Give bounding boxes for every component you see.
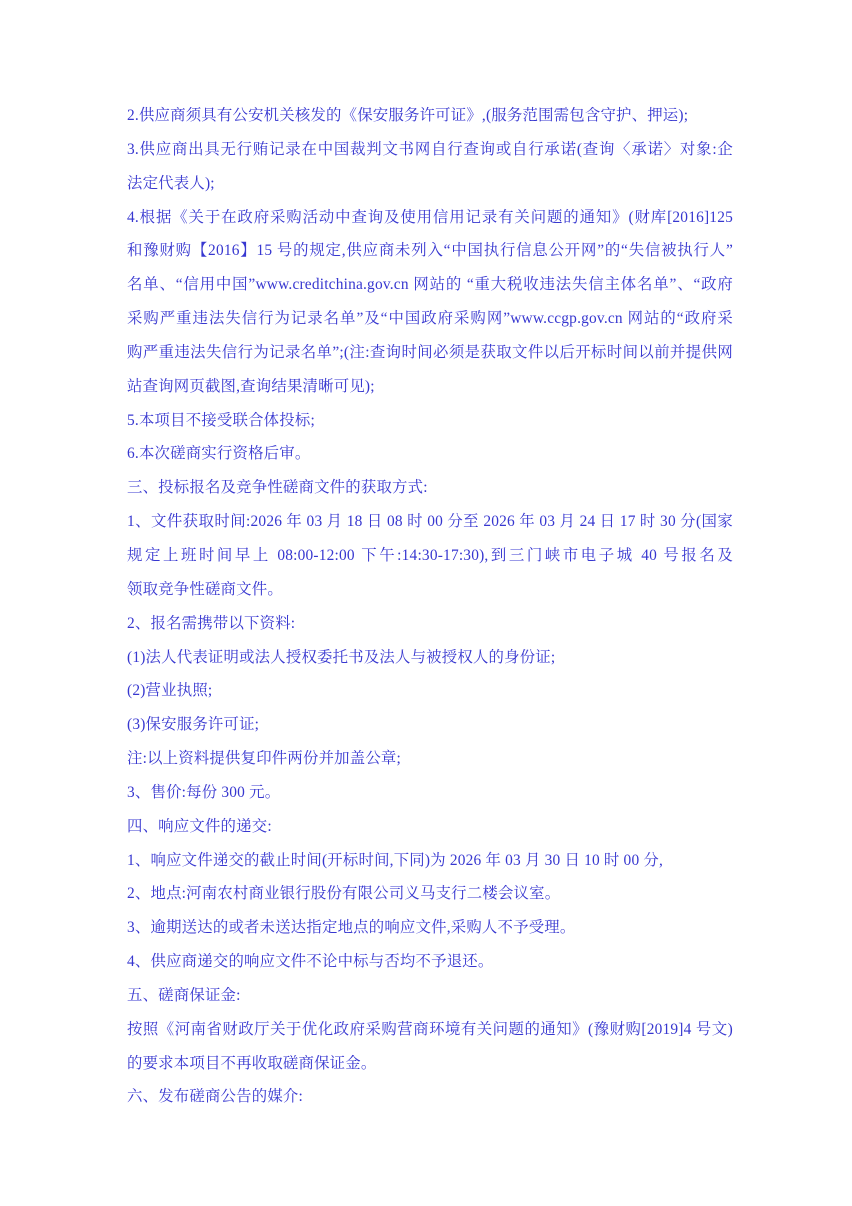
document-line: 购严重违法失信行为记录名单”;(注:查询时间必须是获取文件以后开标时间以前并提供… [127,336,733,370]
document-line: 的要求本项目不再收取磋商保证金。 [127,1047,733,1081]
document-line: 法定代表人); [127,167,733,201]
document-line: 采购严重违法失信行为记录名单”及“中国政府采购网”www.ccgp.gov.cn… [127,302,733,336]
document-section-heading: 六、发布磋商公告的媒介: [127,1080,733,1114]
document-line: 1、文件获取时间:2026 年 03 月 18 日 08 时 00 分至 202… [127,505,733,539]
document-line: (1)法人代表证明或法人授权委托书及法人与被授权人的身份证; [127,641,733,675]
document-line: 站查询网页截图,查询结果清晰可见); [127,370,733,404]
document-page: 2.供应商须具有公安机关核发的《保安服务许可证》,(服务范围需包含守护、押运);… [0,0,852,1206]
document-line: 2、报名需携带以下资料: [127,607,733,641]
document-line: 名单、“信用中国”www.creditchina.gov.cn 网站的 “重大税… [127,268,733,302]
document-line: 4.根据《关于在政府采购活动中查询及使用信用记录有关问题的通知》(财库[2016… [127,201,733,235]
document-line: 5.本项目不接受联合体投标; [127,404,733,438]
document-line: 2.供应商须具有公安机关核发的《保安服务许可证》,(服务范围需包含守护、押运); [127,99,733,133]
document-section-heading: 五、磋商保证金: [127,979,733,1013]
document-line: 领取竞争性磋商文件。 [127,573,733,607]
document-line: 4、供应商递交的响应文件不论中标与否均不予退还。 [127,945,733,979]
document-section-heading: 三、投标报名及竞争性磋商文件的获取方式: [127,471,733,505]
document-line: 按照《河南省财政厅关于优化政府采购营商环境有关问题的通知》(豫财购[2019]4… [127,1013,733,1047]
document-line: 3、逾期送达的或者未送达指定地点的响应文件,采购人不予受理。 [127,911,733,945]
document-section-heading: 四、响应文件的递交: [127,810,733,844]
document-line: (3)保安服务许可证; [127,708,733,742]
document-line: 规定上班时间早上 08:00-12:00 下午:14:30-17:30),到三门… [127,539,733,573]
document-line: 和豫财购【2016】15 号的规定,供应商未列入“中国执行信息公开网”的“失信被… [127,234,733,268]
document-text-block: 2.供应商须具有公安机关核发的《保安服务许可证》,(服务范围需包含守护、押运);… [127,99,733,1114]
document-line: 2、地点:河南农村商业银行股份有限公司义马支行二楼会议室。 [127,877,733,911]
document-line: (2)营业执照; [127,674,733,708]
document-line: 1、响应文件递交的截止时间(开标时间,下同)为 2026 年 03 月 30 日… [127,844,733,878]
document-line: 6.本次磋商实行资格后审。 [127,437,733,471]
document-line: 3、售价:每份 300 元。 [127,776,733,810]
document-line: 3.供应商出具无行贿记录在中国裁判文书网自行查询或自行承诺(查询〈承诺〉对象:企… [127,133,733,167]
document-line: 注:以上资料提供复印件两份并加盖公章; [127,742,733,776]
